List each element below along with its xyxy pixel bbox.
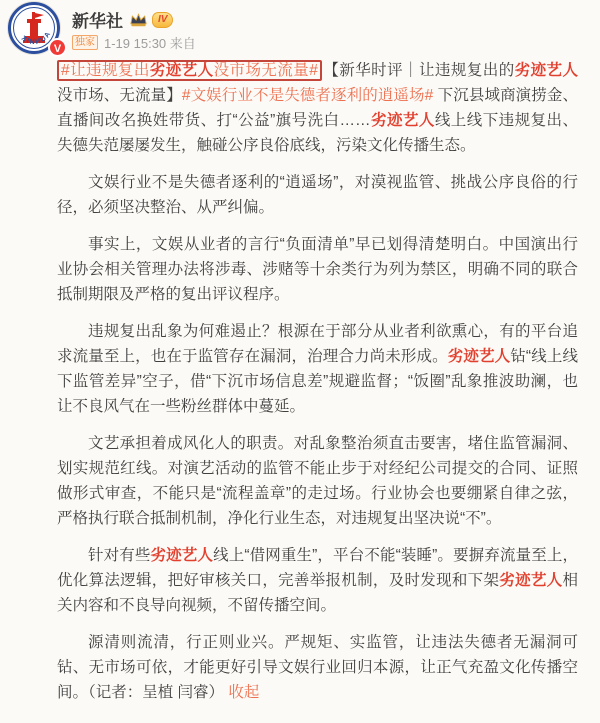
- post-timestamp: 1-19 15:30 来自: [104, 33, 196, 52]
- post-text-run: 源清则流清，行正则业兴。严规矩、实监管，让违法失德者无漏洞可钻、无市场可依，才能…: [57, 634, 578, 701]
- highlighted-phrase: 劣迹艺人: [151, 547, 214, 564]
- post-header: XINHUA V 新华社 IV 独家 1-19 15:30 来自: [0, 0, 600, 54]
- highlighted-phrase: 劣迹艺人: [371, 112, 435, 129]
- post-paragraph: 事实上，文娱从业者的言行“负面清单”早已划得清楚明白。中国演出行业协会相关管理办…: [57, 232, 578, 307]
- highlighted-phrase: 劣迹艺人: [515, 62, 578, 79]
- post-text-run: 事实上，文娱从业者的言行“负面清单”早已划得清楚明白。中国演出行业协会相关管理办…: [57, 236, 578, 303]
- collapse-link[interactable]: 收起: [228, 684, 259, 701]
- exclusive-badge: 独家: [72, 35, 98, 50]
- post-paragraph: #让违规复出劣迹艺人没市场无流量#【新华时评｜让违规复出的劣迹艺人没市场、无流量…: [57, 58, 578, 158]
- post-text-run: 【新华时评｜让违规复出的: [323, 62, 515, 79]
- avatar[interactable]: XINHUA V: [8, 2, 60, 54]
- post-text-run: 文艺承担着成风化人的职责。对乱象整治须直击要害，堵住监管漏洞、划实规范红线。对演…: [57, 435, 578, 527]
- verified-v-badge: V: [48, 38, 67, 57]
- highlighted-phrase: 劣迹艺人: [448, 348, 511, 365]
- highlighted-phrase: 劣迹艺人: [499, 572, 562, 589]
- post-paragraph: 针对有些劣迹艺人线上“借网重生”，平台不能“装睡”。要摒弃流量至上，优化算法逻辑…: [57, 543, 578, 618]
- username[interactable]: 新华社: [72, 7, 123, 32]
- post-text-run: 文娱行业不是失德者逐利的“逍遥场”，对漠视监管、挑战公序良俗的行径，必须坚决整治…: [57, 174, 578, 216]
- post-paragraph: 文艺承担着成风化人的职责。对乱象整治须直击要害，堵住监管漏洞、划实规范红线。对演…: [57, 431, 578, 531]
- post-text: #让违规复出劣迹艺人没市场无流量#【新华时评｜让违规复出的劣迹艺人没市场、无流量…: [0, 54, 600, 705]
- post-text-run: 没市场、无流量】: [57, 87, 182, 104]
- post-text-run: 针对有些: [88, 547, 151, 564]
- member-crown-icon: [129, 12, 148, 28]
- hashtag-link[interactable]: #文娱行业不是失德者逐利的逍遥场#: [182, 87, 433, 104]
- post-paragraph: 源清则流清，行正则业兴。严规矩、实监管，让违法失德者无漏洞可钻、无市场可依，才能…: [57, 630, 578, 705]
- hashtag-link[interactable]: 没市场无流量#: [214, 62, 318, 79]
- post-paragraph: 违规复出乱象为何难遏止？根源在于部分从业者利欲熏心，有的平台追求流量至上，也在于…: [57, 319, 578, 419]
- highlight-annotation-box: #让违规复出劣迹艺人没市场无流量#: [57, 60, 322, 81]
- member-level-badge[interactable]: IV: [152, 12, 173, 28]
- hashtag-link[interactable]: #让违规复出: [61, 62, 150, 79]
- hashtag-link: 劣迹艺人: [150, 62, 214, 79]
- post-paragraph: 文娱行业不是失德者逐利的“逍遥场”，对漠视监管、挑战公序良俗的行径，必须坚决整治…: [57, 170, 578, 220]
